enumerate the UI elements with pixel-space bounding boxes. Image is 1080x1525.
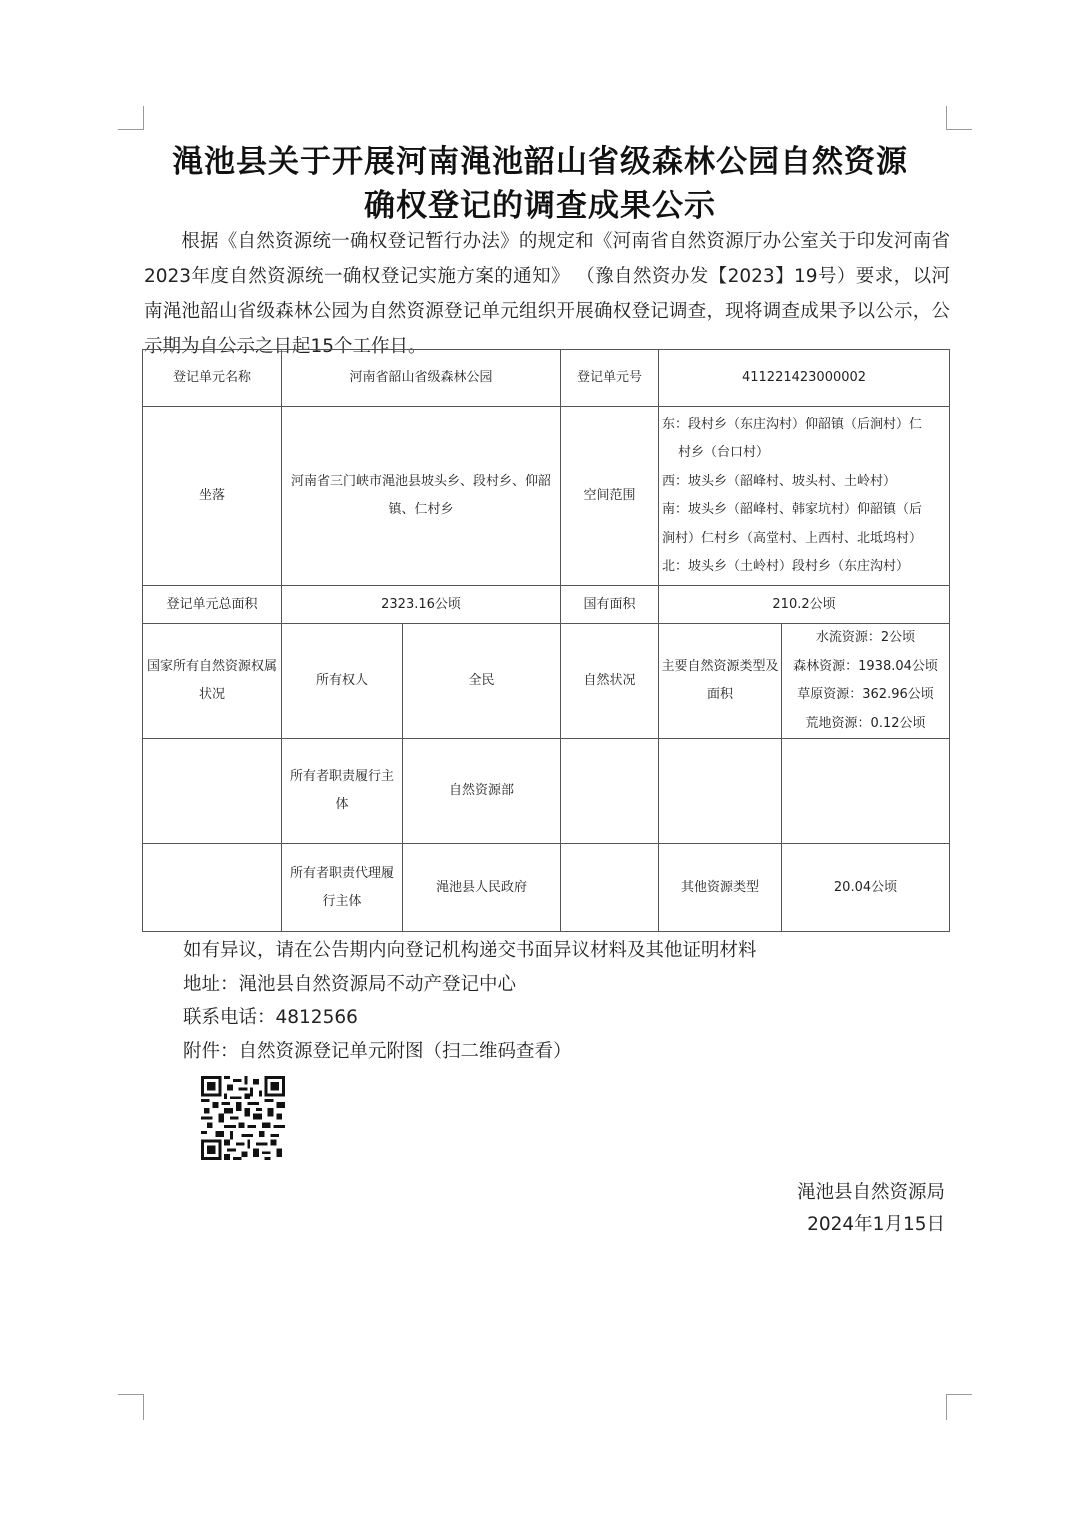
spatial-south: 南：坡头乡（韶峰村、韩家坑村）仰韶镇（后 xyxy=(662,496,947,525)
resource-type-label: 主要自然资源类型及面积 xyxy=(659,624,782,739)
total-area-label: 登记单元总面积 xyxy=(143,586,282,624)
issuing-authority: 渑池县自然资源局 xyxy=(797,1178,945,1204)
attachment-line: 附件：自然资源登记单元附图（扫二维码查看） xyxy=(183,1035,757,1069)
unit-no-value: 411221423000002 xyxy=(659,350,950,407)
intro-paragraph: 根据《自然资源统一确权登记暂行办法》的规定和《河南省自然资源厅办公室关于印发河南… xyxy=(144,224,950,364)
intro-text: 根据《自然资源统一确权登记暂行办法》的规定和《河南省自然资源厅办公室关于印发河南… xyxy=(144,231,950,357)
resource-list: 水流资源：2公顷 森林资源：1938.04公顷 草原资源：362.96公顷 荒地… xyxy=(782,624,950,739)
empty-cell xyxy=(561,739,659,844)
table-row: 登记单元名称 河南省韶山省级森林公园 登记单元号 411221423000002 xyxy=(143,350,950,407)
empty-cell xyxy=(659,739,782,844)
document-title-line-2: 确权登记的调查成果公示 xyxy=(0,180,1080,225)
crop-mark-top-left xyxy=(118,106,144,130)
agent-label: 所有者职责代理履行主体 xyxy=(282,844,403,932)
spatial-range: 东：段村乡（东庄沟村）仰韶镇（后涧村）仁 村乡（台口村） 西：坡头乡（韶峰村、坡… xyxy=(659,407,950,586)
unit-name-label: 登记单元名称 xyxy=(143,350,282,407)
empty-cell xyxy=(143,739,282,844)
other-type-value: 20.04公顷 xyxy=(782,844,950,932)
registration-table: 登记单元名称 河南省韶山省级森林公园 登记单元号 411221423000002… xyxy=(142,349,950,932)
resource-forest: 森林资源：1938.04公顷 xyxy=(784,653,947,682)
table-row: 所有者职责代理履行主体 渑池县人民政府 其他资源类型 20.04公顷 xyxy=(143,844,950,932)
empty-cell xyxy=(782,739,950,844)
issue-date: 2024年1月15日 xyxy=(807,1210,945,1236)
footer-notes: 如有异议，请在公告期内向登记机构递交书面异议材料及其他证明材料 地址：渑池县自然… xyxy=(183,934,757,1068)
spatial-east: 东：段村乡（东庄沟村）仰韶镇（后涧村）仁 xyxy=(662,411,947,440)
empty-cell xyxy=(561,844,659,932)
ownership-label: 国家所有自然资源权属状况 xyxy=(143,624,282,739)
resource-grassland: 草原资源：362.96公顷 xyxy=(784,681,947,710)
agent-value: 渑池县人民政府 xyxy=(403,844,561,932)
spatial-east-cont: 村乡（台口村） xyxy=(662,439,947,468)
phone-line: 联系电话：4812566 xyxy=(183,1001,757,1035)
table-row: 所有者职责履行主体 自然资源部 xyxy=(143,739,950,844)
duty-value: 自然资源部 xyxy=(403,739,561,844)
spatial-south-cont: 涧村）仁村乡（高堂村、上西村、北坻坞村） xyxy=(662,525,947,554)
unit-name-value: 河南省韶山省级森林公园 xyxy=(282,350,561,407)
document-title-line-1: 渑池县关于开展河南渑池韶山省级森林公园自然资源 xyxy=(0,136,1080,181)
location-label: 坐落 xyxy=(143,407,282,586)
resource-wasteland: 荒地资源：0.12公顷 xyxy=(784,710,947,739)
total-area-value: 2323.16公顷 xyxy=(282,586,561,624)
owner-label: 所有权人 xyxy=(282,624,403,739)
spatial-label: 空间范围 xyxy=(561,407,659,586)
resource-water: 水流资源：2公顷 xyxy=(784,624,947,653)
crop-mark-top-right xyxy=(946,106,972,130)
state-area-value: 210.2公顷 xyxy=(659,586,950,624)
other-type-label: 其他资源类型 xyxy=(659,844,782,932)
empty-cell xyxy=(143,844,282,932)
unit-no-label: 登记单元号 xyxy=(561,350,659,407)
owner-value: 全民 xyxy=(403,624,561,739)
table-row: 国家所有自然资源权属状况 所有权人 全民 自然状况 主要自然资源类型及面积 水流… xyxy=(143,624,950,739)
spatial-north: 北：坡头乡（土岭村）段村乡（东庄沟村） xyxy=(662,553,947,582)
address-line: 地址：渑池县自然资源局不动产登记中心 xyxy=(183,968,757,1002)
duty-label: 所有者职责履行主体 xyxy=(282,739,403,844)
table-row: 坐落 河南省三门峡市渑池县坡头乡、段村乡、仰韶镇、仁村乡 空间范围 东：段村乡（… xyxy=(143,407,950,586)
spatial-west: 西：坡头乡（韶峰村、坡头村、土岭村） xyxy=(662,468,947,497)
location-value: 河南省三门峡市渑池县坡头乡、段村乡、仰韶镇、仁村乡 xyxy=(282,407,561,586)
natural-status-label: 自然状况 xyxy=(561,624,659,739)
objection-note: 如有异议，请在公告期内向登记机构递交书面异议材料及其他证明材料 xyxy=(183,934,757,968)
qr-code-icon[interactable] xyxy=(200,1076,286,1160)
state-area-label: 国有面积 xyxy=(561,586,659,624)
crop-mark-bottom-left xyxy=(118,1394,144,1420)
table-row: 登记单元总面积 2323.16公顷 国有面积 210.2公顷 xyxy=(143,586,950,624)
crop-mark-bottom-right xyxy=(946,1394,972,1420)
